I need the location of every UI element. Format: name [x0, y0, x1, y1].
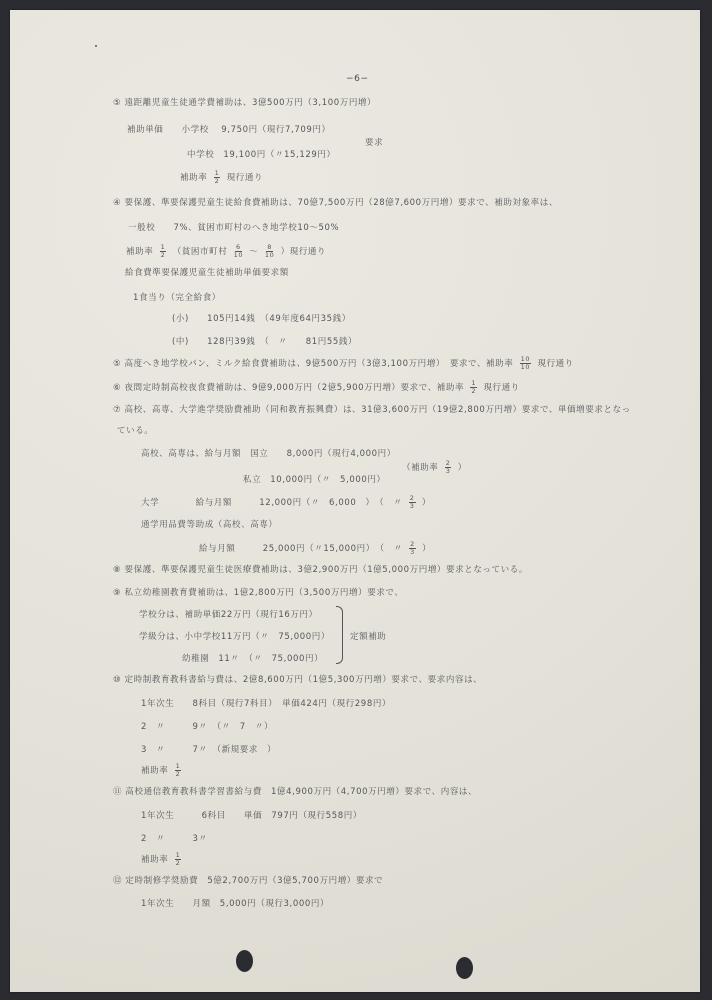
item-text: 要保護、準要保護児童生徒給食費補助は、70億7,500万円（28億7,600万円… — [125, 198, 558, 208]
item-10-row2: 2 〃 9〃 （〃 7 〃） — [141, 720, 273, 732]
item-12-row1: 1年次生 月額 5,000円（現行3,000円） — [141, 897, 329, 909]
document-page: −6− ⑤ 遠距離児童生徒通学費補助は、3億500万円（3,100万円増） 補助… — [10, 10, 700, 992]
item-4-sub2: 給食費準要保護児童生徒補助単価要求額 — [125, 266, 289, 278]
item-5a-sub1: 補助単価 小学校 9,750円（現行7,709円） — [127, 123, 331, 135]
item-6: ⑥ 夜間定時制高校夜食費補助は、9億9,000万円（2億5,900万円増）要求で… — [113, 380, 520, 395]
item-11-rate: 補助率 12 — [141, 852, 184, 867]
item-5a: ⑤ 遠距離児童生徒通学費補助は、3億500万円（3,100万円増） — [113, 96, 376, 108]
item-marker: ⑥ — [113, 383, 121, 393]
item-7-row2: 私立 10,000円（〃 5,000円） — [243, 473, 386, 485]
punch-hole-right — [456, 957, 473, 979]
item-9-brace-label: 定額補助 — [350, 630, 386, 642]
fraction: 810 — [265, 244, 274, 259]
item-9-row2: 学級分は、小中学校11万円（〃 75,000円） — [139, 630, 330, 642]
fraction: 12 — [160, 244, 167, 259]
item-7-row3: 大学 給与月額 12,000円（〃 6,000 ） （ 〃 23 ） — [141, 495, 431, 510]
brace — [336, 606, 343, 664]
item-text: 高校通信教育教科書学習書給与費 1億4,900万円（4,700万円増）要求で、内… — [125, 787, 477, 797]
item-10-rate: 補助率 12 — [141, 763, 184, 778]
item-marker: ⑨ — [113, 588, 121, 598]
item-10-row3: 3 〃 7〃 （新規要求 ） — [141, 743, 276, 755]
item-text: 定時制修学奨励費 5億2,700万円（3億5,700万円増）要求で — [125, 876, 383, 886]
item-10-row1: 1年次生 8科目（現行7科目） 単価424円（現行298円） — [141, 697, 391, 709]
paper-speck — [95, 45, 97, 47]
fraction: 23 — [445, 460, 452, 475]
fraction: 12 — [175, 852, 182, 867]
item-7-rate12: （補助率 23 ） — [402, 460, 467, 475]
item-marker: ⑫ — [113, 876, 122, 886]
fraction: 23 — [409, 541, 416, 556]
item-7-row5: 給与月額 25,000円（〃15,000円） （ 〃 23 ） — [199, 541, 431, 556]
item-text: 高校、高専、大学進学奨励費補助（同和教育振興費）は、31億3,600万円（19億… — [125, 405, 631, 415]
item-marker: ⑧ — [113, 565, 121, 575]
item-5a-rate: 補助率 12 現行通り — [180, 170, 263, 185]
item-marker: ⑦ — [113, 405, 121, 415]
item-4: ④ 要保護、準要保護児童生徒給食費補助は、70億7,500万円（28億7,600… — [113, 196, 558, 208]
item-4-sub1: 一般校 7%、貧困市町村のへき地学校10〜50% — [128, 221, 339, 233]
fraction: 12 — [470, 380, 477, 395]
item-marker: ⑩ — [113, 675, 121, 685]
item-marker: ⑤ — [113, 359, 121, 369]
item-4-middle: (中) 128円39銭 （ 〃 81円55銭） — [172, 335, 357, 347]
item-marker: ⑪ — [113, 787, 122, 797]
item-7: ⑦ 高校、高専、大学進学奨励費補助（同和教育振興費）は、31億3,600万円（1… — [113, 403, 631, 415]
item-5: ⑤ 高度へき地学校パン、ミルク給食費補助は、9億500万円（3億3,100万円増… — [113, 356, 574, 371]
item-11: ⑪ 高校通信教育教科書学習書給与費 1億4,900万円（4,700万円増）要求で… — [113, 785, 477, 797]
fraction: 12 — [175, 763, 182, 778]
item-12: ⑫ 定時制修学奨励費 5億2,700万円（3億5,700万円増）要求で — [113, 874, 383, 886]
fraction: 610 — [234, 244, 243, 259]
item-marker: ⑤ — [113, 98, 121, 108]
item-text: 要保護、準要保護児童生徒医療費補助は、3億2,900万円（1億5,000万円増）… — [125, 565, 528, 575]
item-5a-sub2: 中学校 19,100円（〃15,129円） — [187, 148, 336, 160]
item-8: ⑧ 要保護、準要保護児童生徒医療費補助は、3億2,900万円（1億5,000万円… — [113, 563, 528, 575]
item-text: 高度へき地学校パン、ミルク給食費補助は、9億500万円（3億3,100万円増） … — [125, 359, 514, 369]
item-5a-request: 要求 — [365, 136, 383, 148]
item-marker: ④ — [113, 198, 121, 208]
fraction: 23 — [409, 495, 416, 510]
item-11-row1: 1年次生 6科目 単価 797円（現行558円） — [141, 809, 362, 821]
fraction: 1010 — [520, 356, 531, 371]
punch-hole-left — [236, 950, 253, 972]
item-7-row1: 高校、高専は、給与月額 国立 8,000円（現行4,000円） — [141, 447, 396, 459]
item-10: ⑩ 定時制教育教科書給与費は、2億8,600万円（1億5,300万円増）要求で、… — [113, 673, 482, 685]
item-7-cont: ている。 — [117, 424, 153, 436]
item-4-sub3: 1食当り（完全給食） — [133, 291, 221, 303]
page-number: −6− — [346, 74, 369, 84]
item-4-elementary: (小) 105円14銭 （49年度64円35銭） — [172, 312, 351, 324]
item-text: 私立幼稚園教育費補助は、1億2,800万円（3,500万円増）要求で、 — [125, 588, 404, 598]
item-text: 遠距離児童生徒通学費補助は、3億500万円（3,100万円増） — [125, 98, 377, 108]
item-9-row3: 幼稚園 11〃 （〃 75,000円） — [182, 652, 323, 664]
item-text: 定時制教育教科書給与費は、2億8,600万円（1億5,300万円増）要求で、要求… — [125, 675, 483, 685]
item-9: ⑨ 私立幼稚園教育費補助は、1億2,800万円（3,500万円増）要求で、 — [113, 586, 403, 598]
item-9-row1: 学校分は、補助単価22万円（現行16万円） — [139, 608, 318, 620]
item-text: 夜間定時制高校夜食費補助は、9億9,000万円（2億5,900万円増）要求で、補… — [125, 383, 465, 393]
item-4-rate: 補助率 12 （貧困市町村 610 〜 810 ）現行通り — [126, 244, 326, 259]
item-11-row2: 2 〃 3〃 — [141, 832, 208, 844]
fraction: 12 — [214, 170, 221, 185]
item-7-row4: 通学用品費等助成（高校、高専） — [141, 518, 278, 530]
